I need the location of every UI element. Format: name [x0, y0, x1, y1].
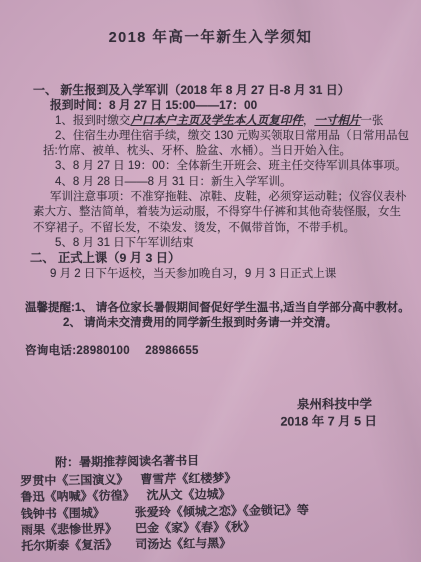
section2-body: 9 月 2 日下午返校，当天参加晚自习，9 月 3 日正式上课 — [50, 267, 421, 282]
notice-body: 2018 年高一年新生入学须知 一、 新生报到及入学军训（2018 年 8 月 … — [0, 22, 421, 360]
section1-item-2: 2、住宿生办理住宿手续，缴交 130 元购买领取日常用品（日常用品包括:竹席、被… — [0, 129, 415, 160]
booklist-right-entry: 张爱玲《倾城之恋》《金锁记》等 — [135, 502, 309, 521]
section1-item-5: 5、8 月 31 日下午军训结束 — [55, 236, 421, 251]
booklist-right-entry: 巴金《家》《春》《秋》 — [135, 519, 255, 537]
military-training-notes: 军训注意事项：不准穿拖鞋、凉鞋、皮鞋，必须穿运动鞋；仪容仪表朴素大方、整洁简单，… — [0, 190, 411, 236]
booklist-left-entry: 雨果《悲惨世界》 — [21, 520, 123, 538]
signature-block: 泉州科技中学 2018 年 7 月 5 日 — [0, 396, 421, 432]
contact-phone-line: 咨询电话:28980100 28986655 — [25, 344, 421, 359]
document-title: 2018 年高一年新生入学须知 — [0, 26, 421, 47]
item1-separator: ， — [303, 115, 315, 127]
booklist-left-entry: 钱钟书《围城》 — [21, 504, 123, 522]
item1-emphasis-photo: 一寸相片 — [314, 115, 360, 127]
booklist-right-entry: 曹雪芹《红楼梦》 — [140, 470, 236, 488]
item1-emphasis-documents: 户口本户主页及学生本人页复印件 — [130, 115, 303, 127]
booklist-right-entry: 沈从文《边城》 — [146, 486, 230, 503]
report-time-line: 报到时间：8 月 27 日 15:00——17：00 — [50, 98, 421, 113]
item1-prefix: 1、报到时缴交 — [55, 115, 130, 127]
booklist-left-entry: 鲁迅《呐喊》《彷徨》 — [20, 488, 134, 506]
section1-item-3: 3、8 月 27 日 19：00：全体新生开班会、班主任交待军训具体事项。 — [55, 159, 421, 174]
section1-heading: 一、 新生报到及入学军训（2018 年 8 月 27 日-8 月 31 日） — [33, 83, 421, 98]
booklist-right-entry: 司汤达《红与黑》 — [135, 535, 231, 553]
section2-heading: 二、 正式上课（9 月 3 日） — [30, 251, 421, 266]
section1-item-1: 1、报到时缴交户口本户主页及学生本人页复印件，一寸相片一张 — [55, 114, 421, 129]
signature-date: 2018 年 7 月 5 日 — [0, 413, 377, 432]
section1-item-4: 4、8 月 28 日——8 月 31 日：新生入学军训。 — [55, 175, 421, 190]
reminder-line-1: 温馨提醒:1、 请各位家长暑假期间督促好学生温书,适当自学部分高中教材。 — [25, 301, 421, 316]
appendix-booklist: 附：暑期推荐阅读名著书目 罗贯中《三国演义》 曹雪芹《红楼梦》 鲁迅《呐喊》《彷… — [20, 450, 411, 555]
booklist-left-entry: 罗贯中《三国演义》 — [20, 472, 128, 490]
booklist-left-entry: 托尔斯泰《复活》 — [21, 537, 123, 555]
school-name: 泉州科技中学 — [0, 396, 377, 415]
notice-document: 2018 年高一年新生入学须知 一、 新生报到及入学军训（2018 年 8 月 … — [0, 0, 421, 562]
item1-suffix: 一张 — [360, 115, 383, 127]
reminder-line-2: 2、 请尚未交清费用的同学新生报到时务请一并交清。 — [63, 316, 421, 331]
